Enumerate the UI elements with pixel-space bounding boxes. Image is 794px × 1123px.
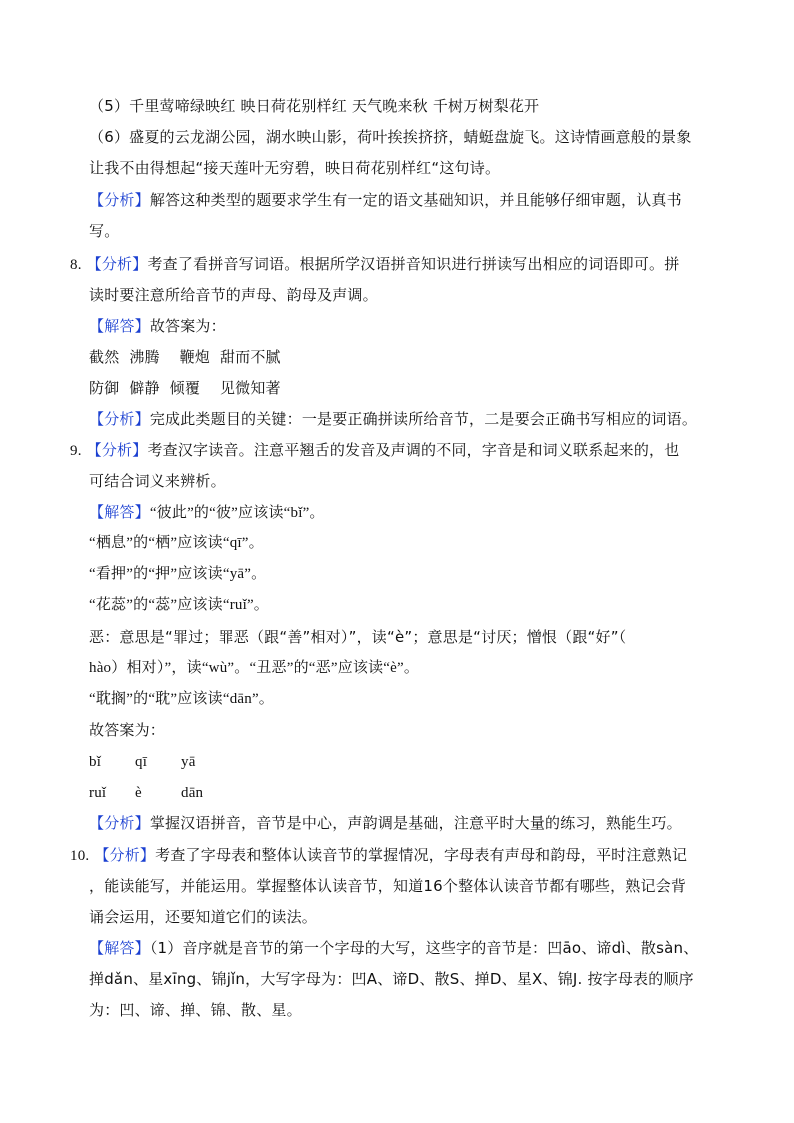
q9-answer-l1: 【解答】“彼此”的“彼”应该读“bǐ”。 bbox=[89, 502, 325, 523]
question-number: 8. bbox=[70, 257, 82, 273]
q7-item-5: （5）千里莺啼绿映红 映日荷花别样红 天气晚来秋 千树万树梨花开 bbox=[89, 96, 539, 116]
q8-summary: 【分析】完成此类题目的关键：一是要正确拼读所给音节，二是要会正确书写相应的词语。 bbox=[89, 409, 697, 429]
q10-analysis: 10. 【分析】考查了字母表和整体认读音节的掌握情况，字母表有声母和韵母，平时注… bbox=[70, 845, 687, 866]
analysis-tag: 【分析】 bbox=[94, 846, 155, 864]
q8-answer-row1: 截然 沸腾 鞭炮 甜而不腻 bbox=[89, 347, 281, 367]
answer-tag: 【解答】 bbox=[89, 939, 150, 957]
q8-analysis-cont: 读时要注意所给音节的声母、韵母及声调。 bbox=[89, 285, 378, 305]
analysis-tag: 【分析】 bbox=[87, 255, 148, 273]
answer-text: （1）音序就是音节的第一个字母的大写，这些字的音节是：凹āo、谛dì、散sàn、 bbox=[150, 939, 699, 957]
q8-analysis: 8. 【分析】考查了看拼音写词语。根据所学汉语拼音知识进行拼读写出相应的词语即可… bbox=[70, 254, 679, 275]
q10-answer-c: 为：凹、谛、掸、锦、散、星。 bbox=[89, 1000, 302, 1020]
q7-item-6-line1: （6）盛夏的云龙湖公园，湖水映山影，荷叶挨挨挤挤，蜻蜓盘旋飞。这诗情画意般的景象 bbox=[89, 127, 692, 147]
q10-answer-b: 掸dǎn、星xīng、锦jǐn，大写字母为：凹A、谛D、散S、掸D、星X、锦J.… bbox=[89, 969, 694, 989]
q9-pinyin-row1: bǐqīyā bbox=[89, 751, 196, 772]
pinyin-cell: bǐ bbox=[89, 752, 135, 772]
q9-analysis-cont: 可结合词义来辨析。 bbox=[89, 471, 226, 491]
q9-answer-l2: “栖息”的“栖”应该读“qī”。 bbox=[89, 533, 264, 553]
analysis-tag: 【分析】 bbox=[89, 410, 150, 428]
q7-analysis-cont: 写。 bbox=[89, 221, 119, 241]
q9-analysis: 9. 【分析】考查汉字读音。注意平翘舌的发音及声调的不同，字音是和词义联系起来的… bbox=[70, 440, 679, 461]
q10-answer-a: 【解答】（1）音序就是音节的第一个字母的大写，这些字的音节是：凹āo、谛dì、散… bbox=[89, 938, 698, 958]
analysis-text: 解答这种类型的题要求学生有一定的语文基础知识，并且能够仔细审题，认真书 bbox=[150, 191, 682, 209]
q9-summary: 【分析】掌握汉语拼音，音节是中心，声韵调是基础，注意平时大量的练习，熟能生巧。 bbox=[89, 813, 682, 833]
analysis-text: 考查了看拼音写词语。根据所学汉语拼音知识进行拼读写出相应的词语即可。拼 bbox=[147, 255, 679, 273]
q9-answer-intro: 故答案为： bbox=[89, 720, 165, 740]
pinyin-cell: è bbox=[135, 783, 181, 803]
q9-pinyin-row2: ruǐèdān bbox=[89, 782, 203, 803]
summary-text: 掌握汉语拼音，音节是中心，声韵调是基础，注意平时大量的练习，熟能生巧。 bbox=[150, 814, 682, 832]
q7-analysis: 【分析】解答这种类型的题要求学生有一定的语文基础知识，并且能够仔细审题，认真书 bbox=[89, 190, 682, 210]
pinyin-cell: dān bbox=[181, 783, 203, 803]
q10-analysis-cont1: ，能读能写，并能运用。掌握整体认读音节，知道16个整体认读音节都有哪些，熟记会背 bbox=[89, 876, 686, 896]
q9-answer-l5: 恶：意思是“罪过；罪恶（跟“善”相对）”，读“è”；意思是“讨厌；憎恨（跟“好”… bbox=[89, 627, 626, 647]
q7-item-6-line2: 让我不由得想起“接天莲叶无穷碧，映日荷花别样红“这句诗。 bbox=[89, 158, 500, 178]
question-number: 9. bbox=[70, 443, 82, 459]
q8-answer-row2: 防御 僻静 倾覆 见微知著 bbox=[89, 378, 281, 398]
answer-tag: 【解答】 bbox=[89, 317, 150, 335]
document-page: （5）千里莺啼绿映红 映日荷花别样红 天气晚来秋 千树万树梨花开 （6）盛夏的云… bbox=[0, 0, 794, 1123]
pinyin-cell: yā bbox=[181, 752, 196, 772]
answer-tag: 【解答】 bbox=[89, 503, 150, 521]
answer-intro: 故答案为： bbox=[150, 317, 226, 335]
question-number: 10. bbox=[70, 848, 89, 864]
q9-answer-l7: “耽搁”的“耽”应该读“dān”。 bbox=[89, 689, 274, 709]
analysis-tag: 【分析】 bbox=[89, 191, 150, 209]
answer-text: “彼此”的“彼”应该读“bǐ”。 bbox=[150, 505, 325, 521]
summary-text: 完成此类题目的关键：一是要正确拼读所给音节，二是要会正确书写相应的词语。 bbox=[150, 410, 697, 428]
analysis-tag: 【分析】 bbox=[87, 441, 148, 459]
q8-answer: 【解答】故答案为： bbox=[89, 316, 226, 336]
pinyin-cell: qī bbox=[135, 752, 181, 772]
analysis-tag: 【分析】 bbox=[89, 814, 150, 832]
analysis-text: 考查了字母表和整体认读音节的掌握情况，字母表有声母和韵母，平时注意熟记 bbox=[155, 846, 687, 864]
q9-answer-l4: “花蕊”的“蕊”应该读“ruǐ”。 bbox=[89, 595, 269, 615]
q9-answer-l3: “看押”的“押”应该读“yā”。 bbox=[89, 564, 266, 584]
pinyin-cell: ruǐ bbox=[89, 783, 135, 803]
q10-analysis-cont2: 诵会运用，还要知道它们的读法。 bbox=[89, 907, 317, 927]
analysis-text: 考查汉字读音。注意平翘舌的发音及声调的不同，字音是和词义联系起来的，也 bbox=[147, 441, 679, 459]
q9-answer-l6: hào）相对）”，读“wù”。“丑恶”的“恶”应该读“è”。 bbox=[89, 658, 419, 678]
